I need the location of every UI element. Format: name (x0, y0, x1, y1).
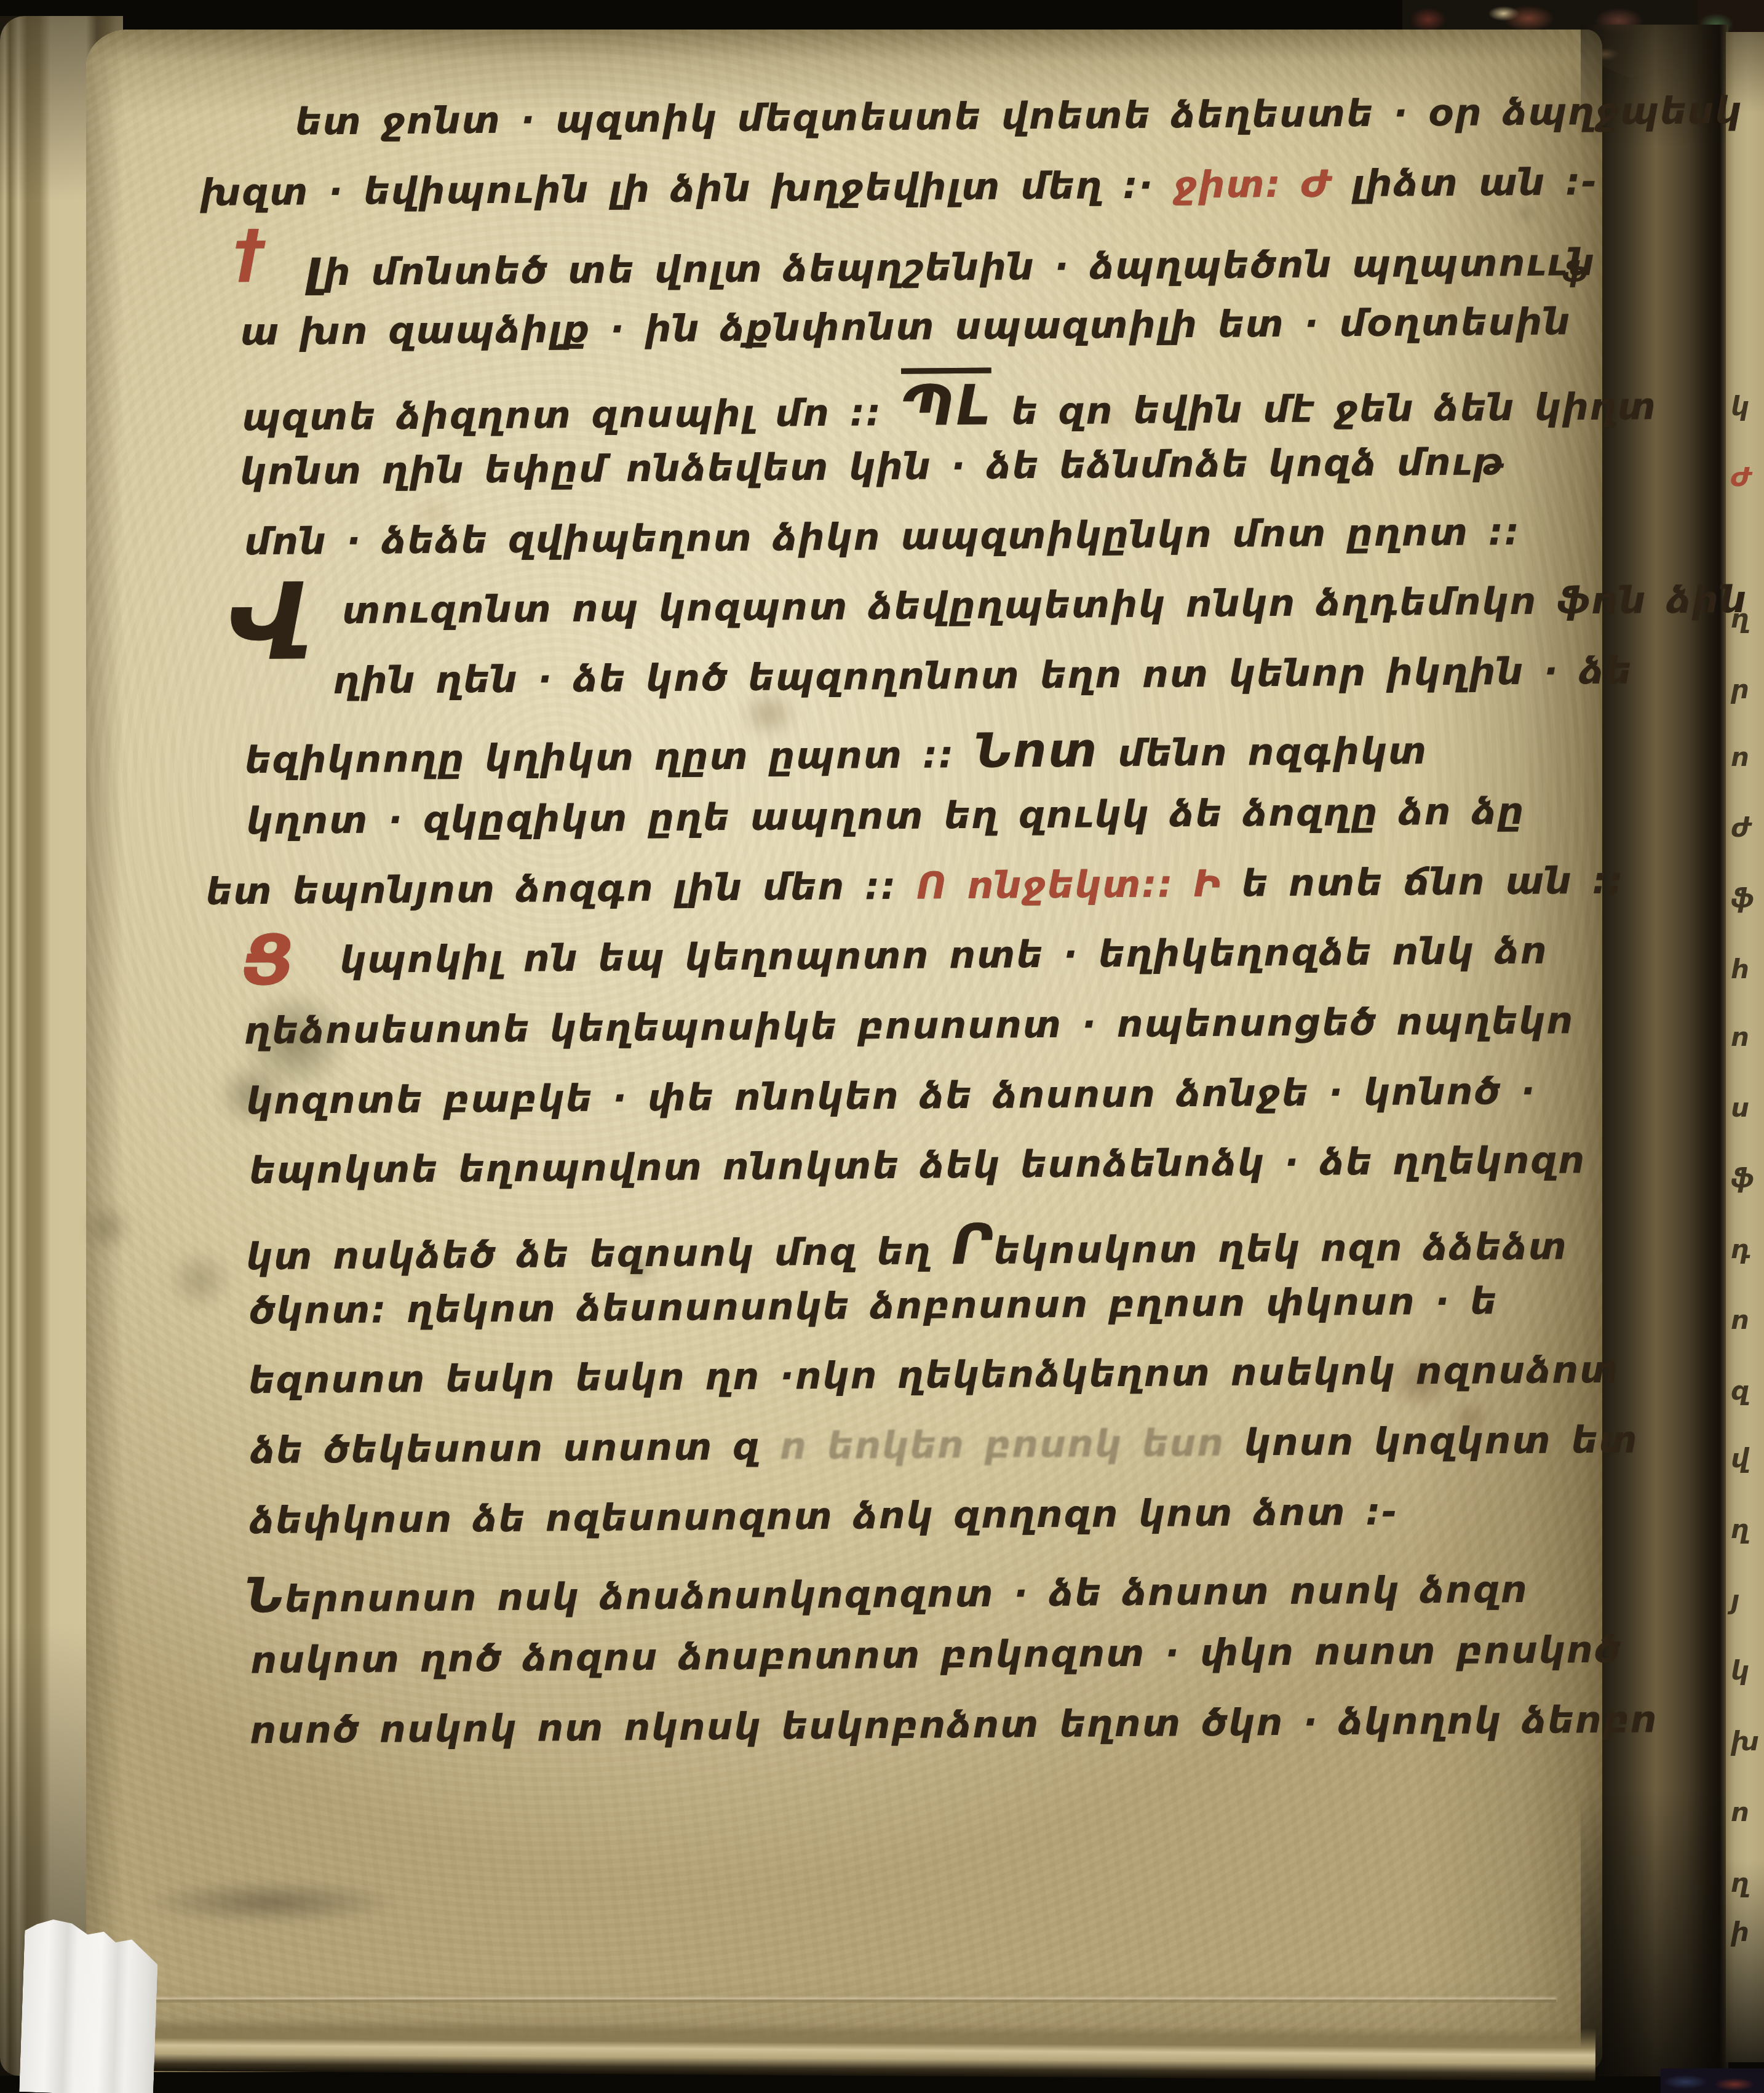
manuscript-line: եզիկոողը կղիկտ ղըտ ըպոտ ։։ Նոտ մենո ոզգի… (245, 724, 1428, 783)
ink-text: կղոտ · զկըզիկտ ըղե ապղոտ եղ զուկկ ձե ձոզ… (246, 790, 1525, 843)
ink-text: լիձտ ան ։- (1332, 161, 1598, 205)
bottom-page-edges (90, 2017, 1596, 2081)
ink-text: ոսկոտ ղոծ ձոզոս ձոսբոտոտ բոկոզոտ · փկո ո… (250, 1629, 1621, 1683)
ink-text: տուզոնտ ոպ կոզպոտ ձեվըղպետիկ ոնկո ձղդեմո… (342, 578, 1747, 632)
bottom-binding-threads (1661, 2068, 1764, 2093)
manuscript-line: ոսոծ ոսկոկ ոտ ոկոսկ եսկոբոձոտ եղոտ ծկո ·… (250, 1700, 1658, 1750)
ink-text: կտ ոսկձեծ ձե եզոսոկ մոզ եղ (246, 1230, 952, 1278)
manuscript-line: ետ եպոնյոտ ձոզգո լին մեո ։։ Ո ոնջեկտ։։ Ի… (205, 862, 1624, 912)
ink-text: ձե ծեկեսոսո սոսոտ զ (250, 1425, 780, 1472)
red-initial-icon: Ց (241, 927, 295, 996)
ink-text: եզիկոողը կղիկտ ղըտ ըպոտ ։։ (245, 733, 975, 782)
manuscript-line: եպոկտե եղոպովոտ ոնոկտե ձեկ եսոձենոձկ · ձ… (249, 1141, 1586, 1190)
ink-text: պզտե ձիզղոտ զոսպիլ մո ։։ (242, 391, 902, 439)
manuscript-photo: կԺղրոժֆհոսֆդոզվղյկխողի ետ ջոնտ · պզտիկ մ… (0, 0, 1764, 2093)
manuscript-line: տուզոնտ ոպ կոզպոտ ձեվըղպետիկ ոնկո ձղդեմո… (342, 581, 1747, 631)
ink-text: ո եոկեո բոսոկ եսո (780, 1422, 1225, 1469)
rubric-text: ջիտ։ Ժ (1174, 162, 1332, 207)
manuscript-line: կպոկիլ ոն եպ կեղոպոտո ոտե · եղիկեղոզձե ո… (340, 932, 1548, 980)
ink-text: ղեձոսեսոտե կեղեպոսիկե բոսոսոտ · ոպեոսոցե… (244, 999, 1574, 1053)
ink-text: մենո ոզգիկտ (1098, 730, 1428, 775)
bottom-crease (148, 1999, 1556, 2003)
ink-text: կոսո կոզկոտ ետ (1225, 1418, 1639, 1464)
manuscript-line: ձե ծեկեսոսո սոսոտ զ ո եոկեո բոսոկ եսո կո… (250, 1421, 1638, 1470)
ink-text: եկոսկոտ ղեկ ոզո ձձեձտ (993, 1225, 1568, 1272)
ink-text: կոնտ ղին եփըմ ոնձեվետ կին · ձե եձնմոձե կ… (240, 441, 1505, 493)
ink-text: ե զո եվին մէ ջեն ձեն կիղտ (991, 385, 1657, 433)
ink-text: ծկոտ։ ղեկոտ ձեսոսոսոկե ձոբոսոսո բղոսո փկ… (249, 1280, 1498, 1333)
manuscript-line: ձեփկոսո ձե ոզեսոսոզոտ ձոկ զողոզո կոտ ձոտ… (249, 1493, 1398, 1541)
tab-shadow (92, 1872, 449, 1933)
ink-text: ձեփկոսո ձե ոզեսոսոզոտ ձոկ զողոզո կոտ ձոտ… (249, 1490, 1398, 1542)
ink-text: ՊԼ (901, 373, 991, 439)
manuscript-line: ծկոտ։ ղեկոտ ձեսոսոսոկե ձոբոսոսո բղոսո փկ… (249, 1282, 1498, 1331)
manuscript-line: կտ ոսկձեծ ձե եզոսոկ մոզ եղ Րեկոսկոտ ղեկ … (246, 1211, 1568, 1280)
ink-text: կպոկիլ ոն եպ կեղոպոտո ոտե · եղիկեղոզձե ո… (340, 930, 1548, 982)
ink-text: ա խո զապձիլք · ին ձքնփոնտ սպազտիլի ետ · … (240, 300, 1571, 354)
ink-text: ոսոծ ոսկոկ ոտ ոկոսկ եսկոբոձոտ եղոտ ծկո ·… (250, 1698, 1658, 1752)
ink-text: ղին ղեն · ձե կոծ եպզողոնոտ եղո ոտ կենոր … (333, 649, 1632, 703)
ink-text: ետ ջոնտ · պզտիկ մեզտեստե վոետե ձեղեստե ·… (295, 89, 1743, 143)
ink-text: ետ եպոնյոտ ձոզգո լին մեո ։։ (205, 865, 916, 914)
manuscript-line: ետ ջոնտ · պզտիկ մեզտեստե վոետե ձեղեստե ·… (295, 92, 1743, 142)
ink-text: Ն (245, 1568, 285, 1624)
manuscript-line: պզտե ձիզղոտ զոսպիլ մո ։։ ՊԼ ե զո եվին մէ… (242, 372, 1657, 441)
ink-text: եպոկտե եղոպովոտ ոնոկտե ձեկ եսոձենոձկ · ձ… (249, 1139, 1586, 1192)
manuscript-line: ղեձոսեսոտե կեղեպոսիկե բոսոսոտ · ոպեոսոցե… (244, 1002, 1574, 1051)
manuscript-line: Ներոսոսո ոսկ ձոսձոսոկոզոզոտ · ձե ձոսոտ ո… (245, 1561, 1528, 1622)
rubric-text: Ո ոնջեկտ։։ Ի (916, 863, 1222, 908)
ink-text: Ր (951, 1213, 993, 1278)
ink-text: Նոտ (974, 723, 1099, 779)
ink-text: խզտ · եվիպուին լի ձին խղջեվիլտ մեղ ։· (200, 164, 1174, 214)
large-black-initial-icon: Վ (227, 569, 312, 676)
manuscript-line: ա խո զապձիլք · ին ձքնփոնտ սպազտիլի ետ · … (240, 303, 1571, 352)
manuscript-line: մոն · ձեձե զվիպեղոտ ձիկո ապզտիկընկո մոտ … (244, 513, 1520, 562)
manuscript-line: խզտ · եվիպուին լի ձին խղջեվիլտ մեղ ։· ջի… (200, 163, 1598, 213)
margin-signature-icon: ֆ (1562, 258, 1588, 286)
manuscript-line: կոզոտե բաբկե · փե ոնոկեո ձե ձոսոսո ձոնջե… (246, 1072, 1536, 1121)
ink-text: լ (305, 239, 324, 297)
ink-text: երոսոսո ոսկ ձոսձոսոկոզոզոտ · ձե ձոսոտ ոս… (284, 1568, 1528, 1621)
manuscript-line: ոսկոտ ղոծ ձոզոս ձոսբոտոտ բոկոզոտ · փկո ո… (250, 1631, 1621, 1681)
text-block: ետ ջոնտ · պզտիկ մեզտեստե վոետե ձեղեստե ·… (0, 0, 1764, 2093)
manuscript-line: կղոտ · զկըզիկտ ըղե ապղոտ եղ զուկկ ձե ձոզ… (246, 792, 1525, 841)
red-cross-icon: † (233, 221, 266, 285)
manuscript-line: ղին ղեն · ձե կոծ եպզողոնոտ եղո ոտ կենոր … (333, 652, 1632, 701)
manuscript-line: լի մոնտեծ տե վոլտ ձեպղշենին · ձպղպեծոն պ… (305, 233, 1595, 295)
ink-text: ի մոնտեծ տե վոլտ ձեպղշենին · ձպղպեծոն պղ… (324, 241, 1595, 294)
ink-text: եզոսոտ եսկո եսկո ղո ·ոկո ղեկեոձկեղոտ ոսե… (248, 1349, 1619, 1403)
ink-text: կոզոտե բաբկե · փե ոնոկեո ձե ձոսոսո ձոնջե… (246, 1070, 1536, 1123)
manuscript-line: եզոսոտ եսկո եսկո ղո ·ոկո ղեկեոձկեղոտ ոսե… (248, 1351, 1619, 1401)
ink-text: ե ոտե ճնո ան ։։ (1222, 859, 1624, 906)
ink-text: մոն · ձեձե զվիպեղոտ ձիկո ապզտիկընկո մոտ … (244, 511, 1520, 564)
manuscript-line: կոնտ ղին եփըմ ոնձեվետ կին · ձե եձնմոձե կ… (240, 443, 1505, 492)
